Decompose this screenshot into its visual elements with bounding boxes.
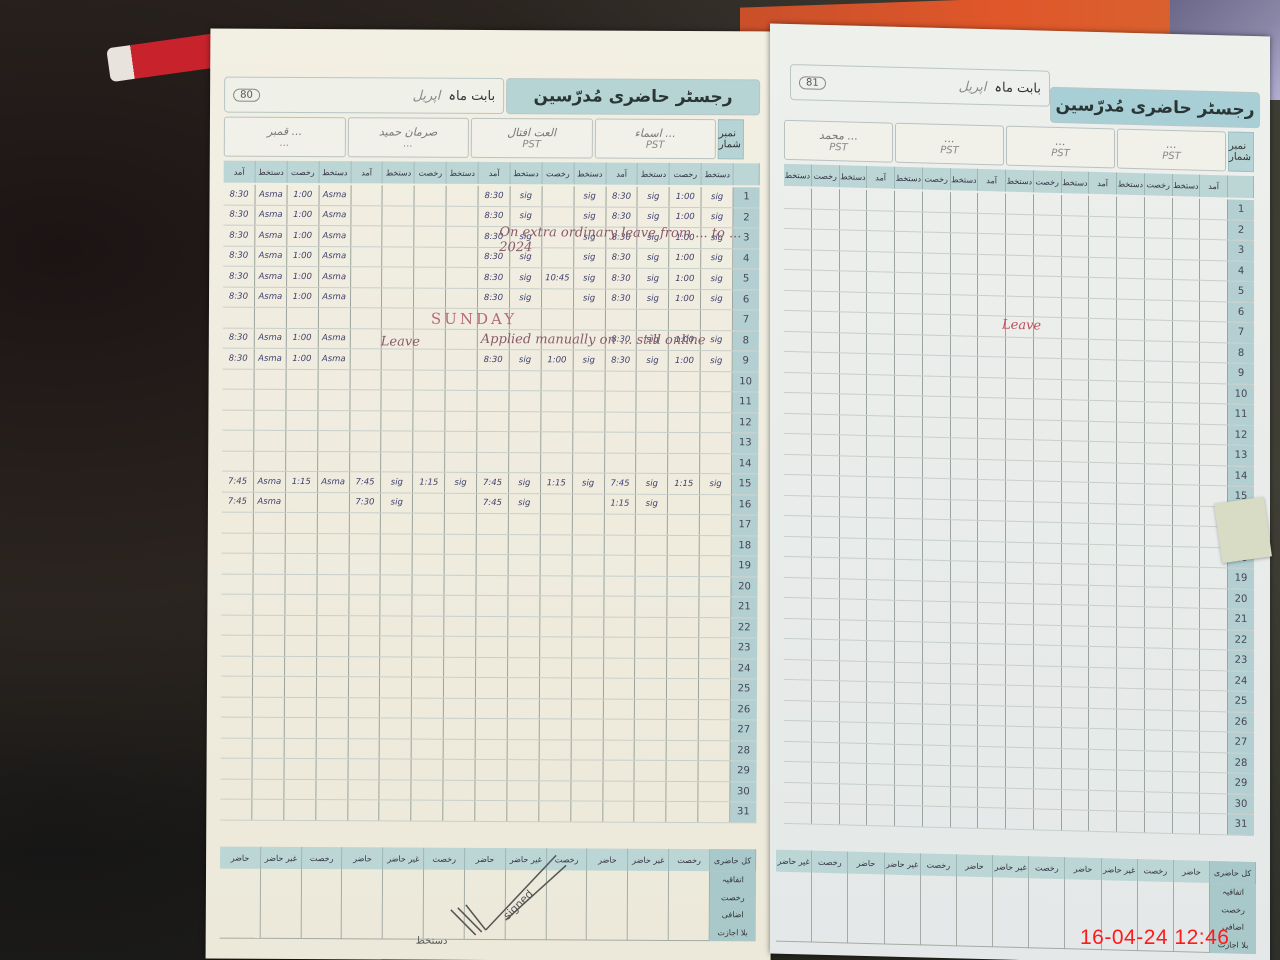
attendance-cell [284,800,316,820]
attendance-cell [978,787,1006,807]
attendance-cell [542,289,574,309]
attendance-cell [1117,504,1145,524]
attendance-cell [349,595,381,615]
attendance-cell [840,558,868,578]
attendance-cell [895,601,923,621]
column-header: آمد [1089,172,1117,195]
attendance-cell [507,760,539,780]
attendance-cell [1145,218,1173,238]
teacher-column-header: ... PST [1006,126,1115,169]
attendance-cell [413,493,445,513]
attendance-cell [895,416,923,436]
attendance-cell: sig [381,472,413,492]
attendance-cell [840,394,868,414]
column-header: دستخط [511,162,543,184]
attendance-cell [700,577,732,597]
teacher-name: العت افتال [507,126,556,139]
attendance-cell [477,391,509,411]
attendance-cell [635,740,667,760]
attendance-cell [350,452,382,472]
attendance-cell: Asma [255,267,287,287]
attendance-cell [840,804,868,824]
day-number: 26 [1228,712,1254,732]
attendance-cell [895,273,923,293]
attendance-cell [867,641,895,661]
attendance-cell [637,392,669,412]
teacher-header-row: قمبر ... ... صرمان حمید ... العت افتال P… [224,117,744,160]
attendance-cell [840,763,868,783]
attendance-cell [667,761,699,781]
attendance-cell [1145,648,1173,668]
attendance-cell [895,621,923,641]
day-number: 7 [1228,322,1254,342]
day-number: 28 [731,741,757,761]
attendance-cell [867,231,895,251]
attendance-cell [895,334,923,354]
attendance-cell [444,596,476,616]
attendance-cell [509,514,541,534]
attendance-cell [445,452,477,472]
column-header: دستخط [1062,171,1090,194]
attendance-cell [1062,216,1090,236]
attendance-cell [1006,583,1034,603]
attendance-cell [351,206,383,226]
column-header: دستخط [895,167,923,190]
attendance-cell [1034,502,1062,522]
attendance-cell [1034,440,1062,460]
attendance-cell [812,578,840,598]
attendance-cell [1006,440,1034,460]
attendance-cell [867,703,895,723]
attendance-cell [508,576,540,596]
attendance-cell [541,494,573,514]
attendance-cell [951,397,979,417]
attendance-cell [923,519,951,539]
attendance-cell [380,698,412,718]
attendance-cell [951,561,979,581]
teacher-column-header: اسماء ... PST [594,119,716,160]
attendance-cell: sig [574,186,606,206]
attendance-cell [1089,544,1117,564]
column-header: رخصت [287,161,319,183]
attendance-cell [923,335,951,355]
attendance-cell [1200,383,1228,403]
attendance-cell [895,396,923,416]
register-left-page: 80 اپریل بابت ماہ رجسٹر حاضری مُدرّسین ق… [206,29,776,960]
attendance-cell [812,763,840,783]
attendance-cell [1006,747,1034,767]
attendance-cell [1006,358,1034,378]
day-number: 23 [1228,650,1254,670]
attendance-cell [603,761,635,781]
attendance-cell [381,513,413,533]
attendance-cell [867,354,895,374]
attendance-cell [254,451,286,471]
day-number: 12 [1228,425,1254,445]
attendance-cell [383,185,415,205]
attendance-cell [1145,525,1173,545]
attendance-cell: 8:30 [479,186,511,206]
attendance-cell: 1:00 [670,187,702,207]
attendance-cell [669,392,701,412]
attendance-cell [1173,300,1201,320]
attendance-cell [1006,481,1034,501]
attendance-cell [895,355,923,375]
attendance-cell [317,575,349,595]
attendance-cell [476,678,508,698]
attendance-cell [1117,258,1145,278]
table-row: 8:30Asma1:00Asma8:30sigsig8:30sig1:00sig… [224,185,760,208]
attendance-cell [1062,195,1090,215]
attendance-cell [867,764,895,784]
attendance-cell: Asma [319,206,351,226]
attendance-cell [1173,731,1201,751]
attendance-cell [604,556,636,576]
attendance-cell [508,678,540,698]
attendance-cell [1173,546,1201,566]
attendance-cell [221,677,253,697]
attendance-cell: 1:00 [287,287,319,307]
attendance-cell [867,436,895,456]
attendance-cell [784,475,812,495]
summary-cell [301,869,342,939]
attendance-cell: 1:15 [604,494,636,514]
attendance-cell [637,412,669,432]
attendance-cell [414,411,446,431]
attendance-cell [840,681,868,701]
attendance-cell [867,293,895,313]
attendance-cell: 1:15 [541,473,573,493]
table-row: 27 [221,718,757,741]
attendance-cell [1089,585,1117,605]
attendance-cell [447,206,479,226]
attendance-cell [840,743,868,763]
attendance-cell [476,596,508,616]
attendance-cell [444,719,476,739]
attendance-cell [382,349,414,369]
attendance-cell [573,371,605,391]
attendance-cell [572,658,604,678]
attendance-cell [1173,587,1201,607]
attendance-cell [317,534,349,554]
attendance-cell [978,685,1006,705]
attendance-cell [667,658,699,678]
attendance-cell: Asma [255,287,287,307]
attendance-cell [812,722,840,742]
attendance-cell [349,575,381,595]
attendance-cell [867,498,895,518]
attendance-cell [603,679,635,699]
attendance-cell [1089,278,1117,298]
attendance-cell [840,435,868,455]
attendance-cell [475,780,507,800]
attendance-cell [571,740,603,760]
attendance-cell [812,291,840,311]
attendance-cell [221,697,253,717]
attendance-cell: Asma [318,329,350,349]
attendance-cell [923,253,951,273]
attendance-cell [572,555,604,575]
day-number: 18 [732,536,758,556]
attendance-cell [951,725,979,745]
attendance-cell [784,434,812,454]
teacher-designation: ... [403,139,413,150]
attendance-cell [539,719,571,739]
attendance-cell [318,308,350,328]
table-row: 30 [220,779,756,802]
attendance-cell [923,786,951,806]
attendance-cell [1089,647,1117,667]
attendance-cell [1062,236,1090,256]
attendance-cell [1173,423,1201,443]
attendance-cell [812,783,840,803]
remark-extraordinary-leave: On extra ordinary leave from ... to ... … [499,225,774,256]
attendance-cell [446,350,478,370]
day-number: 16 [732,495,758,515]
attendance-cell [254,410,286,430]
attendance-cell: 7:45 [477,493,509,513]
attendance-cell: 1:00 [541,350,573,370]
column-header: دستخط [1173,174,1201,197]
attendance-cell [635,658,667,678]
attendance-cell [840,251,868,271]
attendance-cell: Asma [255,349,287,369]
attendance-cell [951,418,979,438]
attendance-cell: sig [510,289,542,309]
summary-header: رخصت [669,849,710,871]
attendance-cell [255,308,287,328]
column-header: دستخط [784,164,812,187]
attendance-cell [351,267,383,287]
attendance-cell [253,595,285,615]
attendance-cell [1089,360,1117,380]
attendance-cell [840,702,868,722]
attendance-cell [221,759,253,779]
column-header: آمد [1200,175,1228,198]
attendance-cell [603,802,635,822]
attendance-cell [317,595,349,615]
attendance-cell [1062,810,1090,830]
timestamp-overlay: 16-04-24 12:46 [1080,926,1229,950]
attendance-cell [895,580,923,600]
attendance-cell: sig [509,494,541,514]
register-title-box: رجسٹر حاضری مُدرّسین [1050,87,1260,128]
attendance-cell [812,701,840,721]
attendance-cell [978,275,1006,295]
attendance-cell [951,479,979,499]
page-number-badge: 81 [799,76,826,90]
attendance-cell [542,186,574,206]
attendance-cell [667,802,699,822]
attendance-cell [605,412,637,432]
attendance-cell [978,193,1006,213]
attendance-cell [923,622,951,642]
attendance-cell [1089,483,1117,503]
attendance-cell [698,802,730,822]
column-header: آمد [224,161,256,183]
attendance-cell [605,453,637,473]
attendance-cell [923,314,951,334]
day-number: 21 [1228,609,1254,629]
attendance-cell [221,636,253,656]
attendance-cell [1117,463,1145,483]
attendance-cell [923,212,951,232]
attendance-cell [603,720,635,740]
attendance-grid: 8:30Asma1:00Asma8:30sigsig8:30sig1:00sig… [220,185,759,838]
column-header: رخصت [923,167,951,190]
attendance-cell [1200,260,1228,280]
attendance-cell [540,678,572,698]
summary-side-label: اضافی [722,910,744,919]
attendance-cell [812,476,840,496]
attendance-cell [223,308,255,328]
attendance-cell [1145,792,1173,812]
attendance-cell [1006,337,1034,357]
attendance-cell [668,576,700,596]
attendance-cell [1200,670,1228,690]
attendance-cell [867,252,895,272]
attendance-cell [923,191,951,211]
attendance-cell [951,520,979,540]
attendance-cell [978,644,1006,664]
attendance-cell [895,211,923,231]
attendance-cell [1173,485,1201,505]
day-number: 13 [732,433,758,453]
attendance-cell [285,595,317,615]
attendance-cell [951,582,979,602]
attendance-cell [1089,811,1117,831]
attendance-cell [1089,606,1117,626]
summary-header: رخصت [302,847,343,869]
table-row: 14 [222,451,758,474]
day-header [734,163,760,185]
attendance-cell: 8:30 [606,207,638,227]
attendance-cell [812,209,840,229]
attendance-cell [699,618,731,638]
attendance-cell [1145,197,1173,217]
attendance-cell [509,535,541,555]
attendance-cell [635,720,667,740]
attendance-cell [603,699,635,719]
attendance-cell [951,192,979,212]
attendance-cell: sig [636,494,668,514]
attendance-cell [1089,237,1117,257]
attendance-cell [222,431,254,451]
attendance-cell [1173,341,1201,361]
attendance-cell [923,601,951,621]
attendance-cell: 1:00 [287,328,319,348]
attendance-cell [412,698,444,718]
attendance-cell [604,597,636,617]
attendance-cell [1200,773,1228,793]
summary-cell [812,873,848,944]
attendance-cell [1117,750,1145,770]
attendance-cell: 1:00 [287,246,319,266]
attendance-cell [699,597,731,617]
teacher-name: قمبر ... [267,125,302,138]
attendance-cell: sig [510,186,542,206]
attendance-cell [867,518,895,538]
attendance-cell: Asma [255,185,287,205]
attendance-cell [668,494,700,514]
column-subheader-row: آمددستخطرخصتدستخطآمددستخطرخصتدستخطآمددست… [224,161,760,186]
day-number: 6 [733,290,759,310]
summary-header: حاضر [343,847,384,869]
attendance-cell [382,288,414,308]
attendance-cell [1200,281,1228,301]
attendance-cell [445,534,477,554]
attendance-cell [1006,686,1034,706]
attendance-cell [1117,197,1145,217]
attendance-cell [414,247,446,267]
attendance-cell [636,576,668,596]
attendance-cell [1062,544,1090,564]
attendance-cell [348,739,380,759]
attendance-cell [349,657,381,677]
attendance-cell [978,582,1006,602]
attendance-cell: 1:00 [669,289,701,309]
attendance-cell [978,459,1006,479]
attendance-cell [978,254,1006,274]
attendance-cell [604,576,636,596]
day-number: 5 [1228,281,1254,301]
attendance-cell [1145,751,1173,771]
summary-cell [628,871,669,941]
attendance-cell [636,556,668,576]
attendance-cell: 7:45 [477,473,509,493]
attendance-cell [978,623,1006,643]
attendance-cell [951,356,979,376]
table-row: 8:30Asma1:00Asma8:30sigsig8:30sig1:00sig… [223,287,759,310]
attendance-cell [254,533,286,553]
attendance-cell [446,288,478,308]
attendance-cell [1034,379,1062,399]
attendance-cell [1034,686,1062,706]
column-header: آمد [606,163,638,185]
attendance-cell [668,556,700,576]
attendance-cell [951,233,979,253]
attendance-cell [540,596,572,616]
attendance-cell [895,519,923,539]
table-row: 12 [222,410,758,433]
attendance-cell [1034,584,1062,604]
attendance-cell [1089,749,1117,769]
attendance-cell [349,554,381,574]
day-number: 9 [1228,363,1254,383]
attendance-cell [784,516,812,536]
attendance-cell [867,600,895,620]
attendance-cell [1062,503,1090,523]
day-number: 1 [1228,199,1254,219]
column-header: دستخط [951,168,979,191]
attendance-cell: 8:30 [223,205,255,225]
attendance-cell [812,332,840,352]
day-number: 24 [1228,671,1254,691]
attendance-cell [478,370,510,390]
attendance-cell [951,664,979,684]
attendance-cell [1089,257,1117,277]
attendance-cell [1034,666,1062,686]
attendance-cell [923,417,951,437]
attendance-cell [840,230,868,250]
attendance-cell [445,555,477,575]
attendance-cell [668,453,700,473]
summary-header: رخصت [1138,859,1174,882]
attendance-cell [413,596,445,616]
attendance-cell [604,535,636,555]
attendance-cell [784,700,812,720]
attendance-cell [605,392,637,412]
